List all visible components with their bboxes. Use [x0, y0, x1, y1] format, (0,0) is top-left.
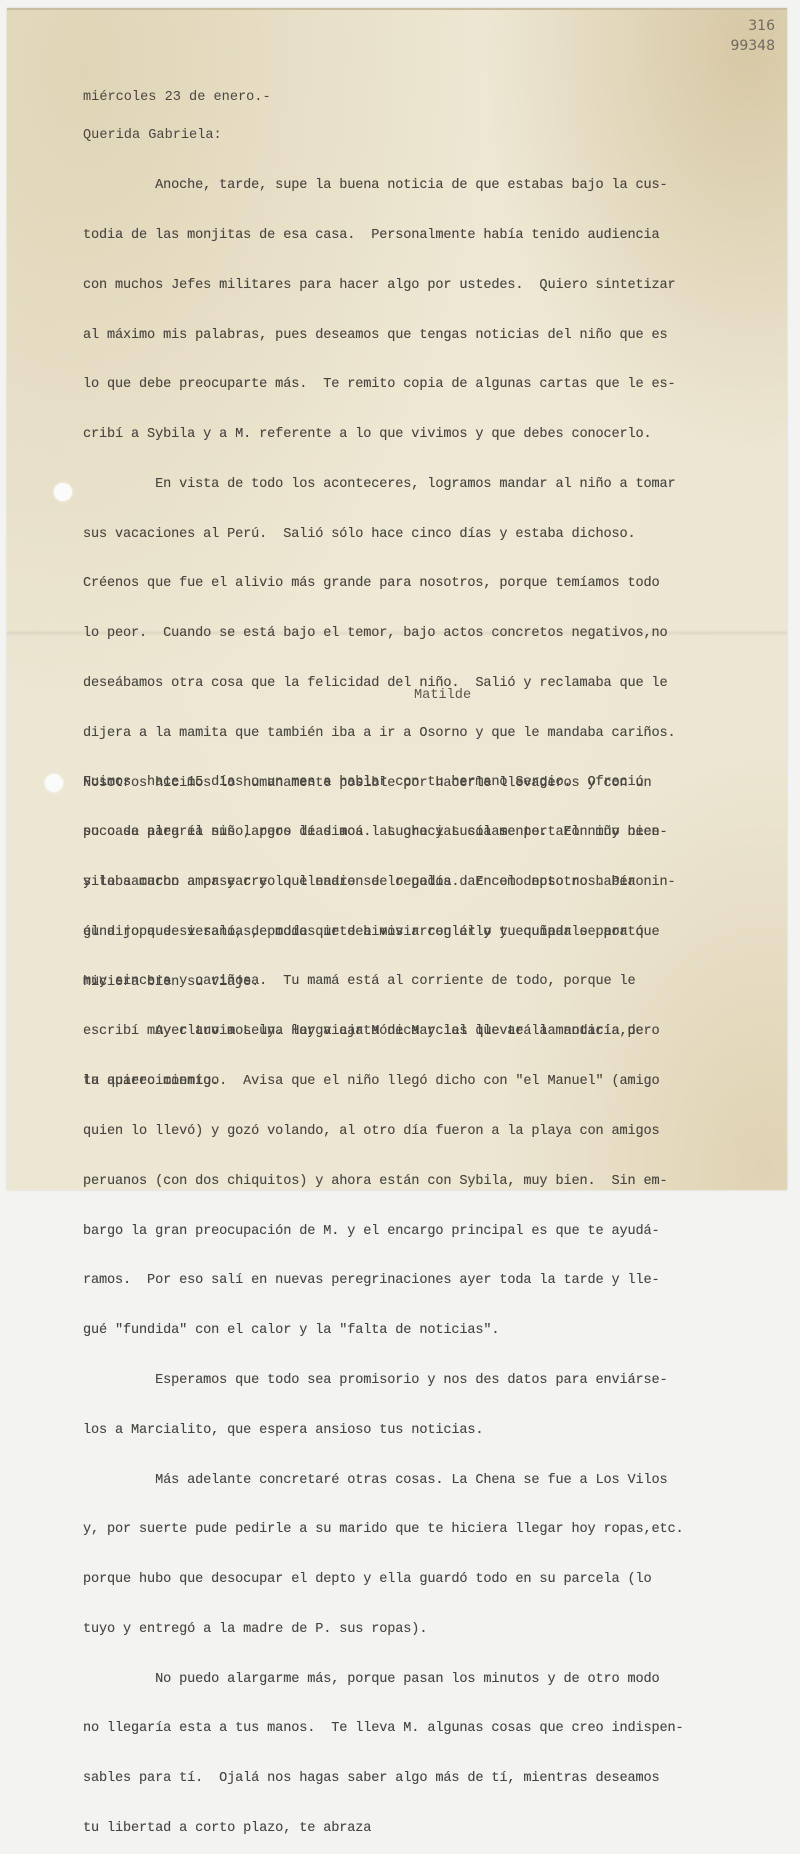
- archive-mark-top: 316: [748, 18, 775, 34]
- postscript-line: tu aparecimiento.: [83, 1074, 668, 1091]
- body-line: sus vacaciones al Perú. Salió sólo hace …: [83, 527, 684, 544]
- postscript-line: escribí muy claro a Lely. Hoy viaja Móni…: [83, 1024, 668, 1041]
- archive-mark-bottom: 99348: [730, 38, 775, 54]
- body-line: dijera a la mamita que también iba a ir …: [83, 726, 684, 743]
- postscript-line: su casa para el niño, pero le dimos las …: [83, 825, 668, 842]
- postscript-line: Fuimos hace 15 días o un mes a hablar co…: [83, 775, 668, 792]
- body-line: cribí a Sybila y a M. referente a lo que…: [83, 427, 684, 444]
- body-line: lo peor. Cuando se está bajo el temor, b…: [83, 626, 684, 643]
- body-line: lo que debe preocuparte más. Te remito c…: [83, 377, 684, 394]
- body-line: deseábamos otra cosa que la felicidad de…: [83, 676, 684, 693]
- postscript-line: muy sincera y cariñosa. Tu mamá está al …: [83, 974, 668, 991]
- punch-hole-upper: [54, 483, 72, 501]
- body-line: al máximo mis palabras, pues deseamos qu…: [83, 328, 684, 345]
- body-line: peruanos (con dos chiquitos) y ahora est…: [83, 1174, 684, 1191]
- body-line: Anoche, tarde, supe la buena noticia de …: [83, 178, 684, 195]
- body-line: quien lo llevó) y gozó volando, al otro …: [83, 1124, 684, 1141]
- postscript-line: sitaba mucho amor y creo que nadie se lo…: [83, 875, 668, 892]
- postscript-line: él dijo que si salías, podías irte a viv…: [83, 925, 668, 942]
- letter-salutation: Querida Gabriela:: [83, 128, 222, 143]
- body-line: con muchos Jefes militares para hacer al…: [83, 278, 684, 295]
- letter-postscript: Fuimos hace 15 días o un mes a hablar co…: [83, 742, 668, 1107]
- punch-hole-lower: [45, 774, 63, 792]
- body-line: todia de las monjitas de esa casa. Perso…: [83, 228, 684, 245]
- letter-date: miércoles 23 de enero.-: [83, 90, 271, 105]
- letter-signature: Matilde: [414, 688, 471, 703]
- body-line: Créenos que fue el alivio más grande par…: [83, 576, 684, 593]
- body-line: En vista de todo los aconteceres, logram…: [83, 477, 684, 494]
